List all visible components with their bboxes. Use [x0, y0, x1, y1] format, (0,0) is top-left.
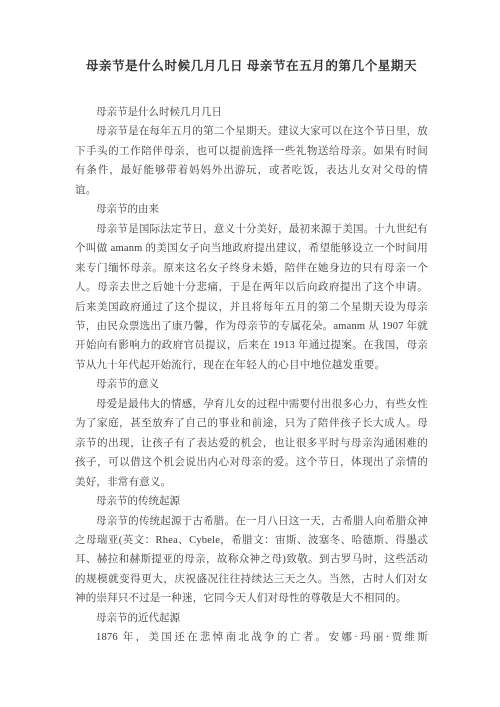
- section-paragraph: 母爱是最伟大的情感，孕育儿女的过程中需要付出很多心力，有些女性为了家庭，甚至放弃…: [75, 395, 428, 492]
- section-what-date: 母亲节是什么时候几月几日 母亲节是在每年五月的第二个星期天。建议大家可以在这个节…: [75, 103, 428, 200]
- section-heading: 母亲节的意义: [75, 375, 428, 394]
- section-paragraph: 母亲节的传统起源于古希腊。在一月八日这一天，古希腊人向希腊众神之母瑞亚(英文：R…: [75, 512, 428, 609]
- section-meaning: 母亲节的意义 母爱是最伟大的情感，孕育儿女的过程中需要付出很多心力，有些女性为了…: [75, 375, 428, 492]
- section-heading: 母亲节的由来: [75, 200, 428, 219]
- document-title: 母亲节是什么时候几月几日 母亲节在五月的第几个星期天: [75, 56, 428, 76]
- section-traditional-origin: 母亲节的传统起源 母亲节的传统起源于古希腊。在一月八日这一天，古希腊人向希腊众神…: [75, 492, 428, 609]
- section-heading: 母亲节的近代起源: [75, 609, 428, 628]
- section-origin: 母亲节的由来 母亲节是国际法定节日，意义十分美好，最初来源于美国。十九世纪有个叫…: [75, 200, 428, 375]
- section-paragraph: 母亲节是在每年五月的第二个星期天。建议大家可以在这个节日里，放下手头的工作陪伴母…: [75, 122, 428, 200]
- document-page: 母亲节是什么时候几月几日 母亲节在五月的第几个星期天 母亲节是什么时候几月几日 …: [0, 0, 500, 707]
- section-heading: 母亲节的传统起源: [75, 492, 428, 511]
- section-paragraph: 1876 年，美国还在悲悼南北战争的亡者。安娜·玛丽·贾维斯: [75, 628, 428, 647]
- section-paragraph: 母亲节是国际法定节日，意义十分美好，最初来源于美国。十九世纪有个叫做 amanm…: [75, 220, 428, 376]
- section-modern-origin: 母亲节的近代起源 1876 年，美国还在悲悼南北战争的亡者。安娜·玛丽·贾维斯: [75, 609, 428, 648]
- section-heading: 母亲节是什么时候几月几日: [75, 103, 428, 122]
